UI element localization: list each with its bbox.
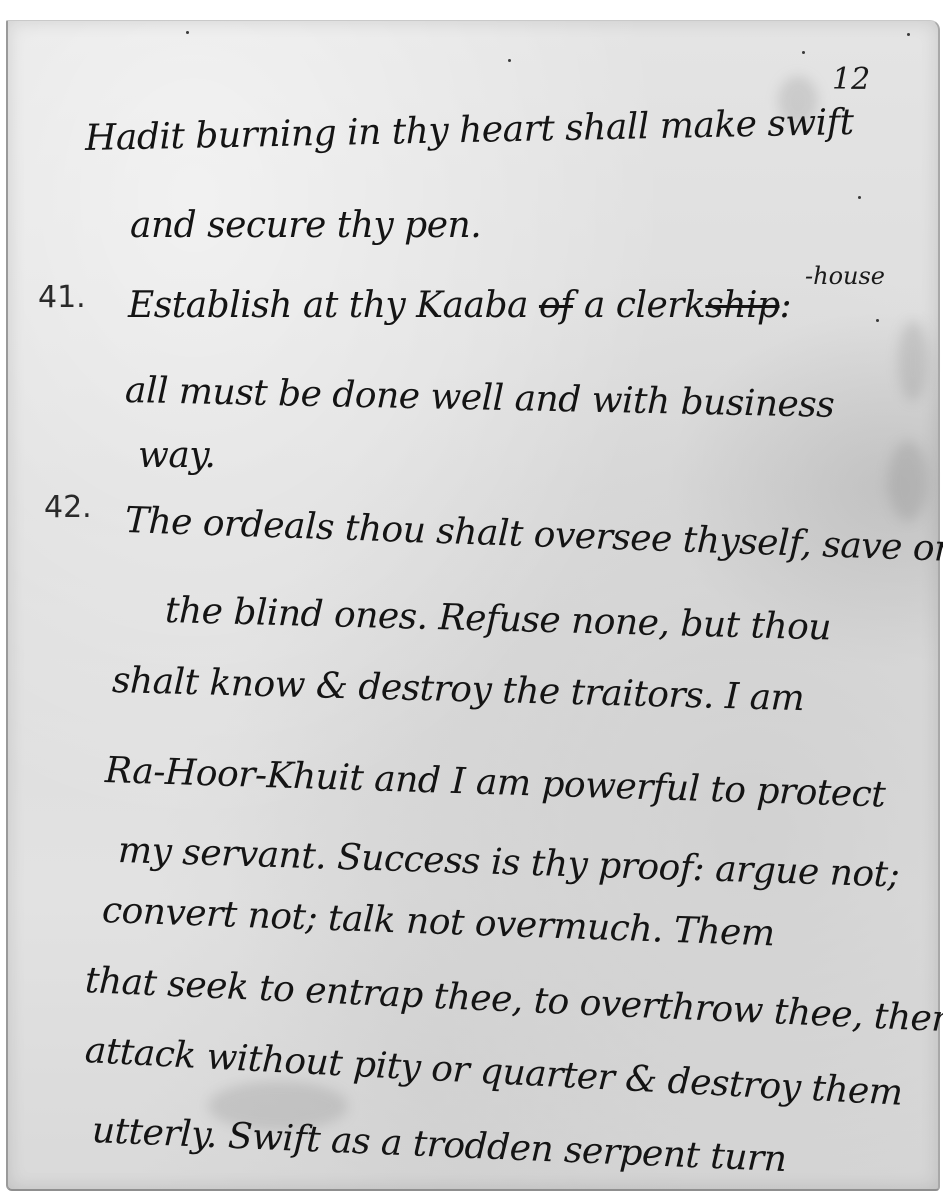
- line-text: :: [780, 285, 792, 326]
- manuscript-line: way.: [138, 435, 215, 476]
- manuscript-line-41: Establish at thy Kaaba of a clerkship:: [128, 285, 791, 326]
- line-text: Establish at thy Kaaba: [128, 285, 539, 326]
- paper-fleck: [508, 59, 511, 62]
- paper-stain: [888, 441, 928, 521]
- insertion-text: -house: [805, 262, 885, 290]
- verse-number: 41.: [38, 280, 86, 315]
- paper-fleck: [858, 196, 861, 199]
- line-text: a clerk: [573, 285, 705, 326]
- paper-stain: [898, 321, 928, 401]
- paper-fleck: [802, 51, 805, 54]
- struck-suffix: ship: [705, 285, 779, 326]
- manuscript-line: and secure thy pen.: [130, 205, 481, 246]
- page-number: 12: [832, 62, 870, 97]
- paper-fleck: [186, 31, 189, 34]
- paper-fleck: [907, 33, 910, 36]
- verse-number: 42.: [44, 490, 92, 525]
- struck-word: of: [539, 285, 573, 326]
- paper-fleck: [876, 319, 879, 322]
